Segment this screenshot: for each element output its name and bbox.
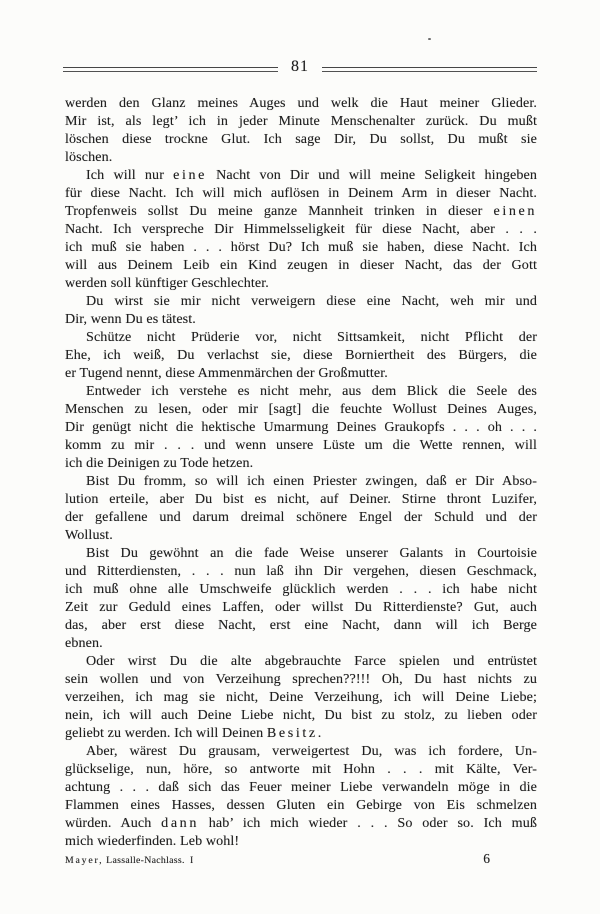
text-line: nein, ich will auch Deine Liebe nicht, D… bbox=[65, 706, 537, 724]
text-line: mich wiederfinden. Leb wohl! bbox=[65, 832, 537, 850]
text-line: ich muß ohne alle Umschweife glücklich w… bbox=[65, 580, 537, 598]
text-line: löschen. bbox=[65, 148, 537, 166]
paragraph: werden den Glanz meines Auges und welk d… bbox=[65, 94, 537, 166]
text-segment: Nacht von Dir und will meine Seligkeit h… bbox=[207, 167, 537, 183]
text-line: Bist Du fromm, so will ich einen Prieste… bbox=[65, 472, 537, 490]
text-segment: löschen. bbox=[65, 149, 112, 165]
text-line: werden soll künftiger Geschlechter. bbox=[65, 274, 537, 292]
text-line: will aus Deinem Leib ein Kind zeugen in … bbox=[65, 256, 537, 274]
text-segment: werden den Glanz meines Auges und welk d… bbox=[65, 95, 537, 111]
letterspaced-word: eine bbox=[173, 167, 207, 183]
text-segment: Bist Du fromm, so will ich einen Prieste… bbox=[86, 473, 537, 489]
text-segment: ebnen. bbox=[65, 635, 103, 651]
text-segment: Dir, wenn Du es tätest. bbox=[65, 311, 196, 327]
text-segment: verzeihen, ich mag sie nicht, Deine Verz… bbox=[65, 689, 537, 705]
text-segment: ich muß sie haben . . . hörst Du? Ich mu… bbox=[65, 239, 537, 255]
text-line: für diese Nacht. Ich will mich auflösen … bbox=[65, 184, 537, 202]
text-segment: das, aber erst diese Nacht, erst eine Na… bbox=[65, 617, 537, 633]
text-segment: für diese Nacht. Ich will mich auflösen … bbox=[65, 185, 537, 201]
text-segment: lution erteile, aber Du bist es nicht, a… bbox=[65, 491, 537, 507]
text-line: komm zu mir . . . und wenn unsere Lüste … bbox=[65, 436, 537, 454]
text-line: Entweder ich verstehe es nicht mehr, aus… bbox=[65, 382, 537, 400]
header-rule-right bbox=[322, 67, 537, 72]
paragraph: Schütze nicht Prüderie vor, nicht Sittsa… bbox=[65, 328, 537, 382]
text-line: geliebt zu werden. Ich will Deinen Besit… bbox=[65, 724, 537, 742]
text-line: Tropfenweis sollst Du meine ganze Mannhe… bbox=[65, 202, 537, 220]
text-line: sein wollen und von Verzeihung sprechen?… bbox=[65, 670, 537, 688]
text-line: das, aber erst diese Nacht, erst eine Na… bbox=[65, 616, 537, 634]
text-line: Schütze nicht Prüderie vor, nicht Sittsa… bbox=[65, 328, 537, 346]
letterspaced-word: dann bbox=[161, 815, 199, 831]
letterspaced-word: einen bbox=[493, 203, 537, 219]
letterspaced-word: Mayer, bbox=[65, 855, 103, 866]
text-segment: Du wirst sie mir nicht verweigern diese … bbox=[86, 293, 537, 309]
text-segment: . bbox=[318, 725, 322, 741]
text-segment: Lassalle-Nachlass. I bbox=[103, 855, 193, 866]
text-line: ebnen. bbox=[65, 634, 537, 652]
book-page: 81 werden den Glanz meines Auges und wel… bbox=[0, 0, 600, 914]
text-segment: Ich will nur bbox=[86, 167, 173, 183]
text-segment: Flammen eines Hasses, dessen Gluten ein … bbox=[65, 797, 537, 813]
text-segment: Ehe, ich weiß, Du verlachst sie, diese B… bbox=[65, 347, 537, 363]
text-line: achtung . . . daß sich das Feuer meiner … bbox=[65, 778, 537, 796]
paragraph: Du wirst sie mir nicht verweigern diese … bbox=[65, 292, 537, 328]
text-line: glückselige, nun, höre, so antworte mit … bbox=[65, 760, 537, 778]
text-line: löschen diese trockne Glut. Ich sage Dir… bbox=[65, 130, 537, 148]
text-line: Zeit zur Geduld eines Laffen, oder wills… bbox=[65, 598, 537, 616]
text-line: Ehe, ich weiß, Du verlachst sie, diese B… bbox=[65, 346, 537, 364]
text-segment: löschen diese trockne Glut. Ich sage Dir… bbox=[65, 131, 537, 147]
text-line: Du wirst sie mir nicht verweigern diese … bbox=[65, 292, 537, 310]
text-line: Bist Du gewöhnt an die fade Weise unsere… bbox=[65, 544, 537, 562]
paragraph: Ich will nur eine Nacht von Dir und will… bbox=[65, 166, 537, 292]
text-line: und Ritterdiensten, . . . nun laß ihn Di… bbox=[65, 562, 537, 580]
header-rule-left bbox=[63, 67, 278, 72]
paragraph: Aber, wärest Du grausam, verweigertest D… bbox=[65, 742, 537, 850]
text-segment: Wollust. bbox=[65, 527, 113, 543]
text-segment: Aber, wärest Du grausam, verweigertest D… bbox=[86, 743, 537, 759]
text-line: Ich will nur eine Nacht von Dir und will… bbox=[65, 166, 537, 184]
text-line: Aber, wärest Du grausam, verweigertest D… bbox=[65, 742, 537, 760]
text-segment: will aus Deinem Leib ein Kind zeugen in … bbox=[65, 257, 537, 273]
text-line: Oder wirst Du die alte abgebrauchte Farc… bbox=[65, 652, 537, 670]
text-segment: Menschen zu lesen, oder mir [sagt] die f… bbox=[65, 401, 537, 417]
text-segment: ich muß ohne alle Umschweife glücklich w… bbox=[65, 581, 537, 597]
text-segment: Nacht. Ich verspreche Dir Himmelsseligke… bbox=[65, 221, 537, 237]
letterspaced-word: Besitz bbox=[267, 725, 318, 741]
text-segment: achtung . . . daß sich das Feuer meiner … bbox=[65, 779, 537, 795]
paragraph: Bist Du gewöhnt an die fade Weise unsere… bbox=[65, 544, 537, 652]
text-line: werden den Glanz meines Auges und welk d… bbox=[65, 94, 537, 112]
paragraph: Bist Du fromm, so will ich einen Prieste… bbox=[65, 472, 537, 544]
text-line: er Tugend nennt, diese Ammenmärchen der … bbox=[65, 364, 537, 382]
text-segment: Entweder ich verstehe es nicht mehr, aus… bbox=[86, 383, 537, 399]
text-line: Mir ist, als legt’ ich in jeder Minute M… bbox=[65, 112, 537, 130]
text-segment: geliebt zu werden. Ich will Deinen bbox=[65, 725, 267, 741]
text-line: ich muß sie haben . . . hörst Du? Ich mu… bbox=[65, 238, 537, 256]
text-segment: Mir ist, als legt’ ich in jeder Minute M… bbox=[65, 113, 537, 129]
scan-speck bbox=[428, 38, 431, 40]
text-segment: Zeit zur Geduld eines Laffen, oder wills… bbox=[65, 599, 537, 615]
text-segment: werden soll künftiger Geschlechter. bbox=[65, 275, 269, 291]
text-segment: Bist Du gewöhnt an die fade Weise unsere… bbox=[86, 545, 537, 561]
text-segment: ich die Deinigen zu Tode hetzen. bbox=[65, 455, 253, 471]
body-text: werden den Glanz meines Auges und welk d… bbox=[65, 94, 537, 850]
page-footer: Mayer, Lassalle-Nachlass. I 6 bbox=[65, 851, 537, 867]
paragraph: Oder wirst Du die alte abgebrauchte Farc… bbox=[65, 652, 537, 742]
text-segment: Tropfenweis sollst Du meine ganze Mannhe… bbox=[65, 203, 493, 219]
paragraph: Entweder ich verstehe es nicht mehr, aus… bbox=[65, 382, 537, 472]
text-segment: glückselige, nun, höre, so antworte mit … bbox=[65, 761, 537, 777]
text-segment: Dir genügt nicht die hektische Umarmung … bbox=[65, 419, 537, 435]
text-segment: und Ritterdiensten, . . . nun laß ihn Di… bbox=[65, 563, 537, 579]
text-line: ich die Deinigen zu Tode hetzen. bbox=[65, 454, 537, 472]
text-segment: der gefallene und darum dreimal schönere… bbox=[65, 509, 537, 525]
text-segment: mich wiederfinden. Leb wohl! bbox=[65, 833, 239, 849]
text-segment: würden. Auch bbox=[65, 815, 161, 831]
footer-page-signature: 6 bbox=[483, 851, 537, 867]
text-segment: sein wollen und von Verzeihung sprechen?… bbox=[65, 671, 537, 687]
page-header: 81 bbox=[63, 61, 537, 77]
text-line: Wollust. bbox=[65, 526, 537, 544]
text-line: lution erteile, aber Du bist es nicht, a… bbox=[65, 490, 537, 508]
text-line: würden. Auch dann hab’ ich mich wieder .… bbox=[65, 814, 537, 832]
text-segment: hab’ ich mich wieder . . . So oder so. I… bbox=[199, 815, 537, 831]
text-line: Menschen zu lesen, oder mir [sagt] die f… bbox=[65, 400, 537, 418]
text-line: Nacht. Ich verspreche Dir Himmelsseligke… bbox=[65, 220, 537, 238]
text-segment: Schütze nicht Prüderie vor, nicht Sittsa… bbox=[86, 329, 537, 345]
text-segment: er Tugend nennt, diese Ammenmärchen der … bbox=[65, 365, 388, 381]
text-segment: Oder wirst Du die alte abgebrauchte Farc… bbox=[86, 653, 537, 669]
text-segment: nein, ich will auch Deine Liebe nicht, D… bbox=[65, 707, 537, 723]
text-line: Flammen eines Hasses, dessen Gluten ein … bbox=[65, 796, 537, 814]
text-line: verzeihen, ich mag sie nicht, Deine Verz… bbox=[65, 688, 537, 706]
text-line: der gefallene und darum dreimal schönere… bbox=[65, 508, 537, 526]
text-line: Dir genügt nicht die hektische Umarmung … bbox=[65, 418, 537, 436]
text-segment: komm zu mir . . . und wenn unsere Lüste … bbox=[65, 437, 537, 453]
page-number: 81 bbox=[278, 59, 322, 75]
footer-citation: Mayer, Lassalle-Nachlass. I bbox=[65, 855, 194, 866]
text-line: Dir, wenn Du es tätest. bbox=[65, 310, 537, 328]
